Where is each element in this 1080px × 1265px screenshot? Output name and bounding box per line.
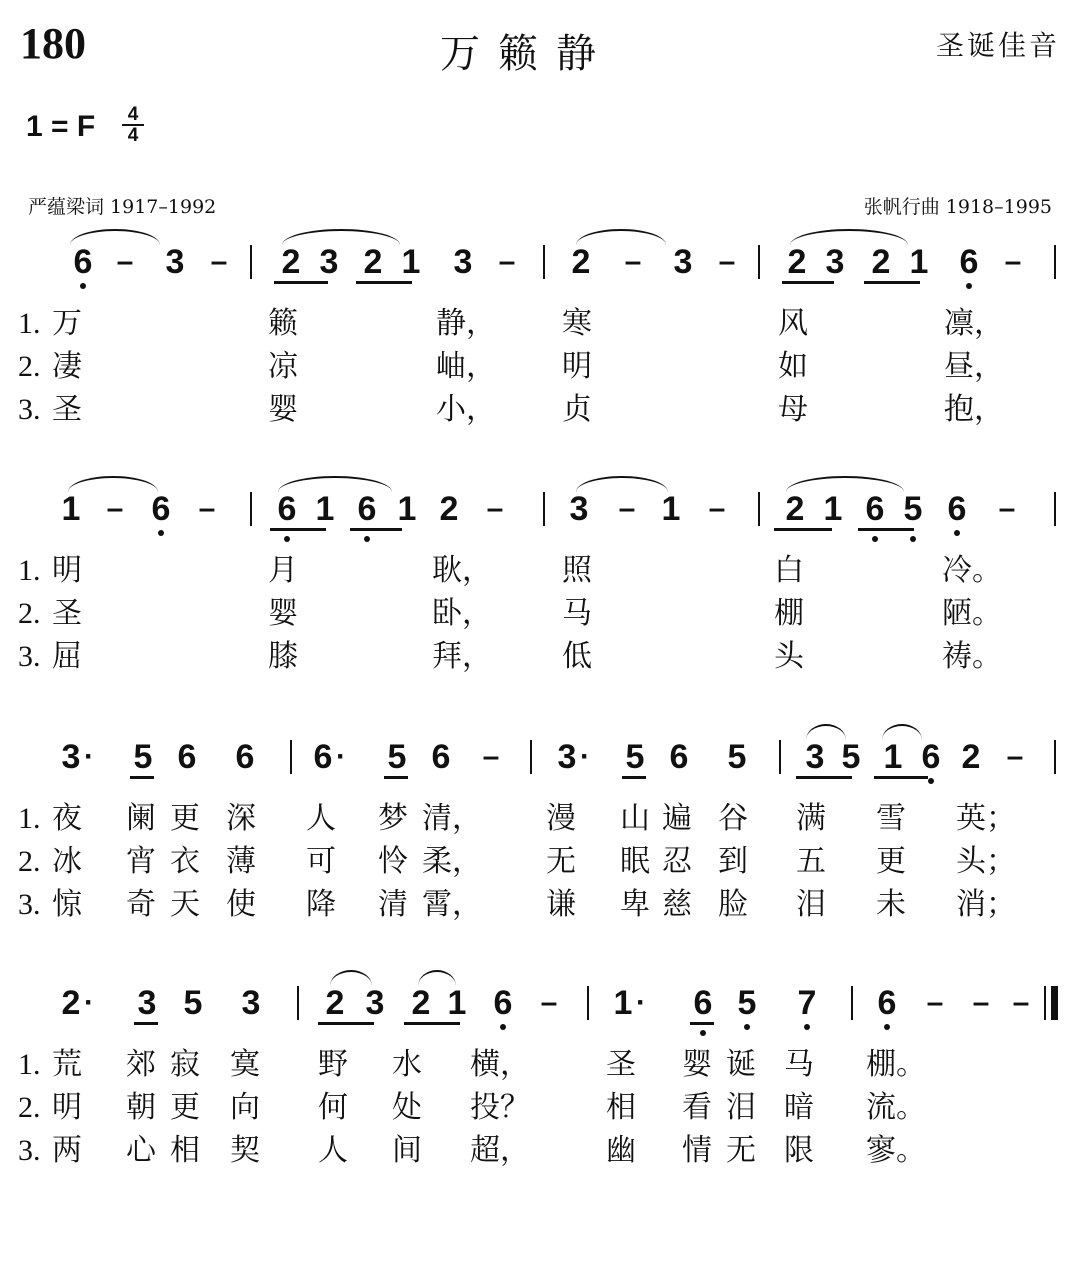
lyric-word: 谷 [718, 802, 748, 836]
note: 6 [310, 740, 336, 774]
lyric-word: 宵 [126, 845, 156, 879]
final-barline-thick [1051, 986, 1058, 1020]
lyric-word: 婴 [268, 393, 298, 427]
verse-number: 1. [18, 802, 41, 836]
verse-number: 3. [18, 640, 41, 674]
sustain-dash: – [620, 245, 646, 279]
lyric-word: 间 [392, 1134, 422, 1168]
lyric-word: 膝 [268, 640, 298, 674]
lyric-word: 更 [170, 802, 200, 836]
lyric-word: 脸 [718, 888, 748, 922]
lyric-word: 看 [682, 1091, 712, 1125]
lyric-word: 天 [170, 888, 200, 922]
note: 5 [130, 740, 156, 774]
low-octave-dot [910, 536, 916, 542]
note: 3 [450, 245, 476, 279]
note: 2 [782, 492, 808, 526]
lyric-word: 梦 [378, 802, 408, 836]
lyric-word: 凉 [268, 350, 298, 384]
lyric-word: 泪 [796, 888, 826, 922]
lyric-word: 两 [52, 1134, 82, 1168]
low-octave-dot [284, 536, 290, 542]
note: 6 [148, 492, 174, 526]
eighth-underline [864, 281, 920, 284]
note: 6 [70, 245, 96, 279]
note: 5 [900, 492, 926, 526]
sustain-dash: – [994, 492, 1020, 526]
sustain-dash: – [112, 245, 138, 279]
time-signature: 4 4 [122, 106, 144, 144]
lyric-word: 凛， [944, 307, 1004, 341]
note: 3 [316, 245, 342, 279]
lyric-word: 可 [306, 845, 336, 879]
augmentation-dot: · [336, 740, 346, 774]
lyric-word: 荒 [52, 1048, 82, 1082]
lyric-word: 明 [562, 350, 592, 384]
verse-number: 2. [18, 1091, 41, 1125]
note: 5 [838, 740, 864, 774]
verse-number: 2. [18, 597, 41, 631]
low-octave-dot [954, 530, 960, 536]
lyric-word: 流。 [866, 1091, 926, 1125]
sustain-dash: – [1002, 740, 1028, 774]
low-octave-dot [364, 536, 370, 542]
lyric-word: 马 [562, 597, 592, 631]
final-barline-thin [1044, 986, 1046, 1020]
sustain-dash: – [102, 492, 128, 526]
note: 3 [566, 492, 592, 526]
lyric-word: 马 [784, 1048, 814, 1082]
lyric-word: 五 [796, 845, 826, 879]
low-octave-dot [884, 1024, 890, 1030]
lyric-word: 耿， [432, 554, 492, 588]
verse-number: 1. [18, 1048, 41, 1082]
eighth-underline [270, 528, 326, 531]
sustain-dash: – [968, 986, 994, 1020]
lyric-word: 婴 [268, 597, 298, 631]
lyric-word: 野 [318, 1048, 348, 1082]
sustain-dash: – [714, 245, 740, 279]
barline [250, 245, 252, 279]
lyric-word: 无 [726, 1134, 756, 1168]
lyric-word: 向 [230, 1091, 260, 1125]
note: 3 [362, 986, 388, 1020]
note: 1 [610, 986, 636, 1020]
barline [297, 986, 299, 1020]
lyric-word: 拜， [432, 640, 492, 674]
lyric-word: 眠 [620, 845, 650, 879]
lyric-word: 相 [606, 1091, 636, 1125]
sustain-dash: – [922, 986, 948, 1020]
lyric-word: 陋。 [942, 597, 1002, 631]
lyric-word: 深 [226, 802, 256, 836]
note: 3 [670, 245, 696, 279]
lyric-word: 清 [378, 888, 408, 922]
note: 6 [428, 740, 454, 774]
low-octave-dot [158, 530, 164, 536]
slur [68, 476, 158, 492]
lyric-word: 泪 [726, 1091, 756, 1125]
verse-number: 3. [18, 1134, 41, 1168]
lyric-word: 阑 [126, 802, 156, 836]
lyric-word: 月 [268, 554, 298, 588]
low-octave-dot [700, 1030, 706, 1036]
note: 2 [958, 740, 984, 774]
lyric-word: 寒 [562, 307, 592, 341]
eighth-underline [350, 528, 402, 531]
note: 1 [658, 492, 684, 526]
lyric-word: 抱， [944, 393, 1004, 427]
sustain-dash: – [478, 740, 504, 774]
lyric-word: 母 [778, 393, 808, 427]
eighth-underline [318, 1022, 374, 1025]
lyric-word: 幽 [606, 1134, 636, 1168]
augmentation-dot: · [84, 986, 94, 1020]
note: 6 [490, 986, 516, 1020]
note: 6 [354, 492, 380, 526]
lyric-word: 到 [718, 845, 748, 879]
lyric-word: 雪 [876, 802, 906, 836]
song-number: 180 [20, 18, 86, 69]
lyric-word: 婴 [682, 1048, 712, 1082]
note: 3 [554, 740, 580, 774]
lyric-word: 霄， [422, 888, 482, 922]
augmentation-dot: · [580, 740, 590, 774]
lyric-word: 慈 [662, 888, 692, 922]
low-octave-dot [80, 283, 86, 289]
lyric-word: 超， [470, 1134, 530, 1168]
song-title: 万籁静 [440, 22, 614, 79]
lyric-word: 英； [956, 802, 1016, 836]
lyric-word: 夜 [52, 802, 82, 836]
lyric-word: 人 [306, 802, 336, 836]
augmentation-dot: · [636, 986, 646, 1020]
barline [758, 245, 760, 279]
lyric-word: 寞 [230, 1048, 260, 1082]
note: 1 [312, 492, 338, 526]
lyric-word: 昼， [944, 350, 1004, 384]
note: 6 [918, 740, 944, 774]
barline [851, 986, 853, 1020]
note: 6 [956, 245, 982, 279]
barline [1054, 492, 1056, 526]
lyric-word: 朝 [126, 1091, 156, 1125]
lyric-word: 漫 [546, 802, 576, 836]
eighth-underline [690, 1022, 714, 1025]
lyric-word: 明 [52, 554, 82, 588]
low-octave-dot [928, 778, 934, 784]
lyric-word: 投？ [470, 1091, 530, 1125]
sustain-dash: – [1008, 986, 1034, 1020]
lyric-word: 头 [774, 640, 804, 674]
eighth-underline [796, 776, 852, 779]
lyric-word: 寂 [170, 1048, 200, 1082]
lyric-word: 籁 [268, 307, 298, 341]
note: 6 [232, 740, 258, 774]
verse-number: 1. [18, 307, 41, 341]
barline [758, 492, 760, 526]
note: 1 [820, 492, 846, 526]
note: 7 [794, 986, 820, 1020]
lyric-word: 奇 [126, 888, 156, 922]
lyric-word: 万 [52, 307, 82, 341]
barline [543, 492, 545, 526]
lyric-word: 更 [876, 845, 906, 879]
lyric-word: 相 [170, 1134, 200, 1168]
lyric-word: 山 [620, 802, 650, 836]
lyric-word: 屈 [52, 640, 82, 674]
note: 5 [180, 986, 206, 1020]
note: 5 [724, 740, 750, 774]
slur [790, 229, 908, 245]
lyric-word: 柔， [422, 845, 482, 879]
note: 3 [802, 740, 828, 774]
eighth-underline [404, 1022, 460, 1025]
barline [779, 740, 781, 774]
low-octave-dot [966, 283, 972, 289]
eighth-underline [384, 776, 408, 779]
low-octave-dot [500, 1024, 506, 1030]
lyric-word: 卧， [432, 597, 492, 631]
verse-number: 3. [18, 393, 41, 427]
lyric-word: 衣 [170, 845, 200, 879]
augmentation-dot: · [84, 740, 94, 774]
eighth-underline [874, 776, 928, 779]
lyric-word: 无 [546, 845, 576, 879]
sustain-dash: – [206, 245, 232, 279]
note: 1 [880, 740, 906, 774]
barline [587, 986, 589, 1020]
barline [250, 492, 252, 526]
composer-credit: 张帆行曲 1918–1995 [864, 192, 1052, 219]
lyric-word: 使 [226, 888, 256, 922]
note: 1 [58, 492, 84, 526]
eighth-underline [782, 281, 834, 284]
sustain-dash: – [536, 986, 562, 1020]
barline [1054, 740, 1056, 774]
barline [530, 740, 532, 774]
lyric-word: 心 [126, 1134, 156, 1168]
lyric-word: 圣 [606, 1048, 636, 1082]
lyric-word: 未 [876, 888, 906, 922]
lyric-word: 消； [956, 888, 1016, 922]
lyricist-credit: 严蕴梁词 1917–1992 [28, 192, 216, 219]
note: 2 [58, 986, 84, 1020]
eighth-underline [134, 1022, 158, 1025]
lyric-word: 契 [230, 1134, 260, 1168]
verse-number: 3. [18, 888, 41, 922]
collection-name: 圣诞佳音 [936, 24, 1060, 64]
note: 2 [322, 986, 348, 1020]
note: 1 [398, 245, 424, 279]
note: 6 [690, 986, 716, 1020]
lyric-word: 冰 [52, 845, 82, 879]
lyric-word: 谦 [546, 888, 576, 922]
lyric-word: 卑 [620, 888, 650, 922]
note: 1 [444, 986, 470, 1020]
lyric-word: 遍 [662, 802, 692, 836]
lyric-word: 凄 [52, 350, 82, 384]
lyric-word: 人 [318, 1134, 348, 1168]
sustain-dash: – [1000, 245, 1026, 279]
lyric-word: 棚。 [866, 1048, 926, 1082]
lyric-word: 何 [318, 1091, 348, 1125]
lyric-word: 棚 [774, 597, 804, 631]
note: 3 [238, 986, 264, 1020]
note: 2 [784, 245, 810, 279]
verse-number: 2. [18, 845, 41, 879]
note: 3 [162, 245, 188, 279]
note: 6 [862, 492, 888, 526]
note: 5 [384, 740, 410, 774]
lyric-word: 寥。 [866, 1134, 926, 1168]
note: 6 [944, 492, 970, 526]
note: 2 [278, 245, 304, 279]
eighth-underline [356, 281, 412, 284]
note: 3 [822, 245, 848, 279]
sustain-dash: – [194, 492, 220, 526]
lyric-word: 暗 [784, 1091, 814, 1125]
note: 2 [360, 245, 386, 279]
note: 2 [408, 986, 434, 1020]
lyric-word: 清， [422, 802, 482, 836]
lyric-word: 圣 [52, 597, 82, 631]
verse-number: 1. [18, 554, 41, 588]
note: 6 [174, 740, 200, 774]
lyric-word: 低 [562, 640, 592, 674]
note: 2 [868, 245, 894, 279]
barline [543, 245, 545, 279]
lyric-word: 横， [470, 1048, 530, 1082]
lyric-word: 情 [682, 1134, 712, 1168]
barline [1054, 245, 1056, 279]
note: 2 [436, 492, 462, 526]
lyric-word: 祷。 [942, 640, 1002, 674]
sustain-dash: – [494, 245, 520, 279]
key-signature: 1 = F [26, 110, 95, 144]
lyric-word: 白 [774, 554, 804, 588]
lyric-word: 头； [956, 845, 1016, 879]
note: 5 [734, 986, 760, 1020]
lyric-word: 忍 [662, 845, 692, 879]
lyric-word: 限 [784, 1134, 814, 1168]
eighth-underline [622, 776, 646, 779]
eighth-underline [858, 528, 914, 531]
lyric-word: 静， [436, 307, 496, 341]
lyric-word: 怜 [378, 845, 408, 879]
note: 5 [622, 740, 648, 774]
eighth-underline [130, 776, 154, 779]
note: 6 [874, 986, 900, 1020]
time-signature-top: 4 [128, 104, 139, 125]
lyric-word: 满 [796, 802, 826, 836]
lyric-word: 郊 [126, 1048, 156, 1082]
lyric-word: 薄 [226, 845, 256, 879]
lyric-word: 诞 [726, 1048, 756, 1082]
low-octave-dot [872, 536, 878, 542]
note: 2 [568, 245, 594, 279]
lyric-word: 岫， [436, 350, 496, 384]
lyric-word: 降 [306, 888, 336, 922]
lyric-word: 处 [392, 1091, 422, 1125]
sustain-dash: – [614, 492, 640, 526]
note: 3 [58, 740, 84, 774]
slur [576, 476, 668, 492]
lyric-word: 照 [562, 554, 592, 588]
note: 3 [134, 986, 160, 1020]
lyric-word: 惊 [52, 888, 82, 922]
lyric-word: 贞 [562, 393, 592, 427]
note: 6 [666, 740, 692, 774]
lyric-word: 更 [170, 1091, 200, 1125]
lyric-word: 风 [778, 307, 808, 341]
eighth-underline [774, 528, 832, 531]
sustain-dash: – [704, 492, 730, 526]
lyric-word: 圣 [52, 393, 82, 427]
note: 1 [906, 245, 932, 279]
low-octave-dot [804, 1024, 810, 1030]
note: 1 [394, 492, 420, 526]
low-octave-dot [744, 1024, 750, 1030]
lyric-word: 冷。 [942, 554, 1002, 588]
verse-number: 2. [18, 350, 41, 384]
barline [290, 740, 292, 774]
lyric-word: 如 [778, 350, 808, 384]
time-signature-bottom: 4 [128, 125, 139, 146]
note: 6 [274, 492, 300, 526]
lyric-word: 水 [392, 1048, 422, 1082]
eighth-underline [274, 281, 328, 284]
sustain-dash: – [482, 492, 508, 526]
lyric-word: 小， [436, 393, 496, 427]
lyric-word: 明 [52, 1091, 82, 1125]
